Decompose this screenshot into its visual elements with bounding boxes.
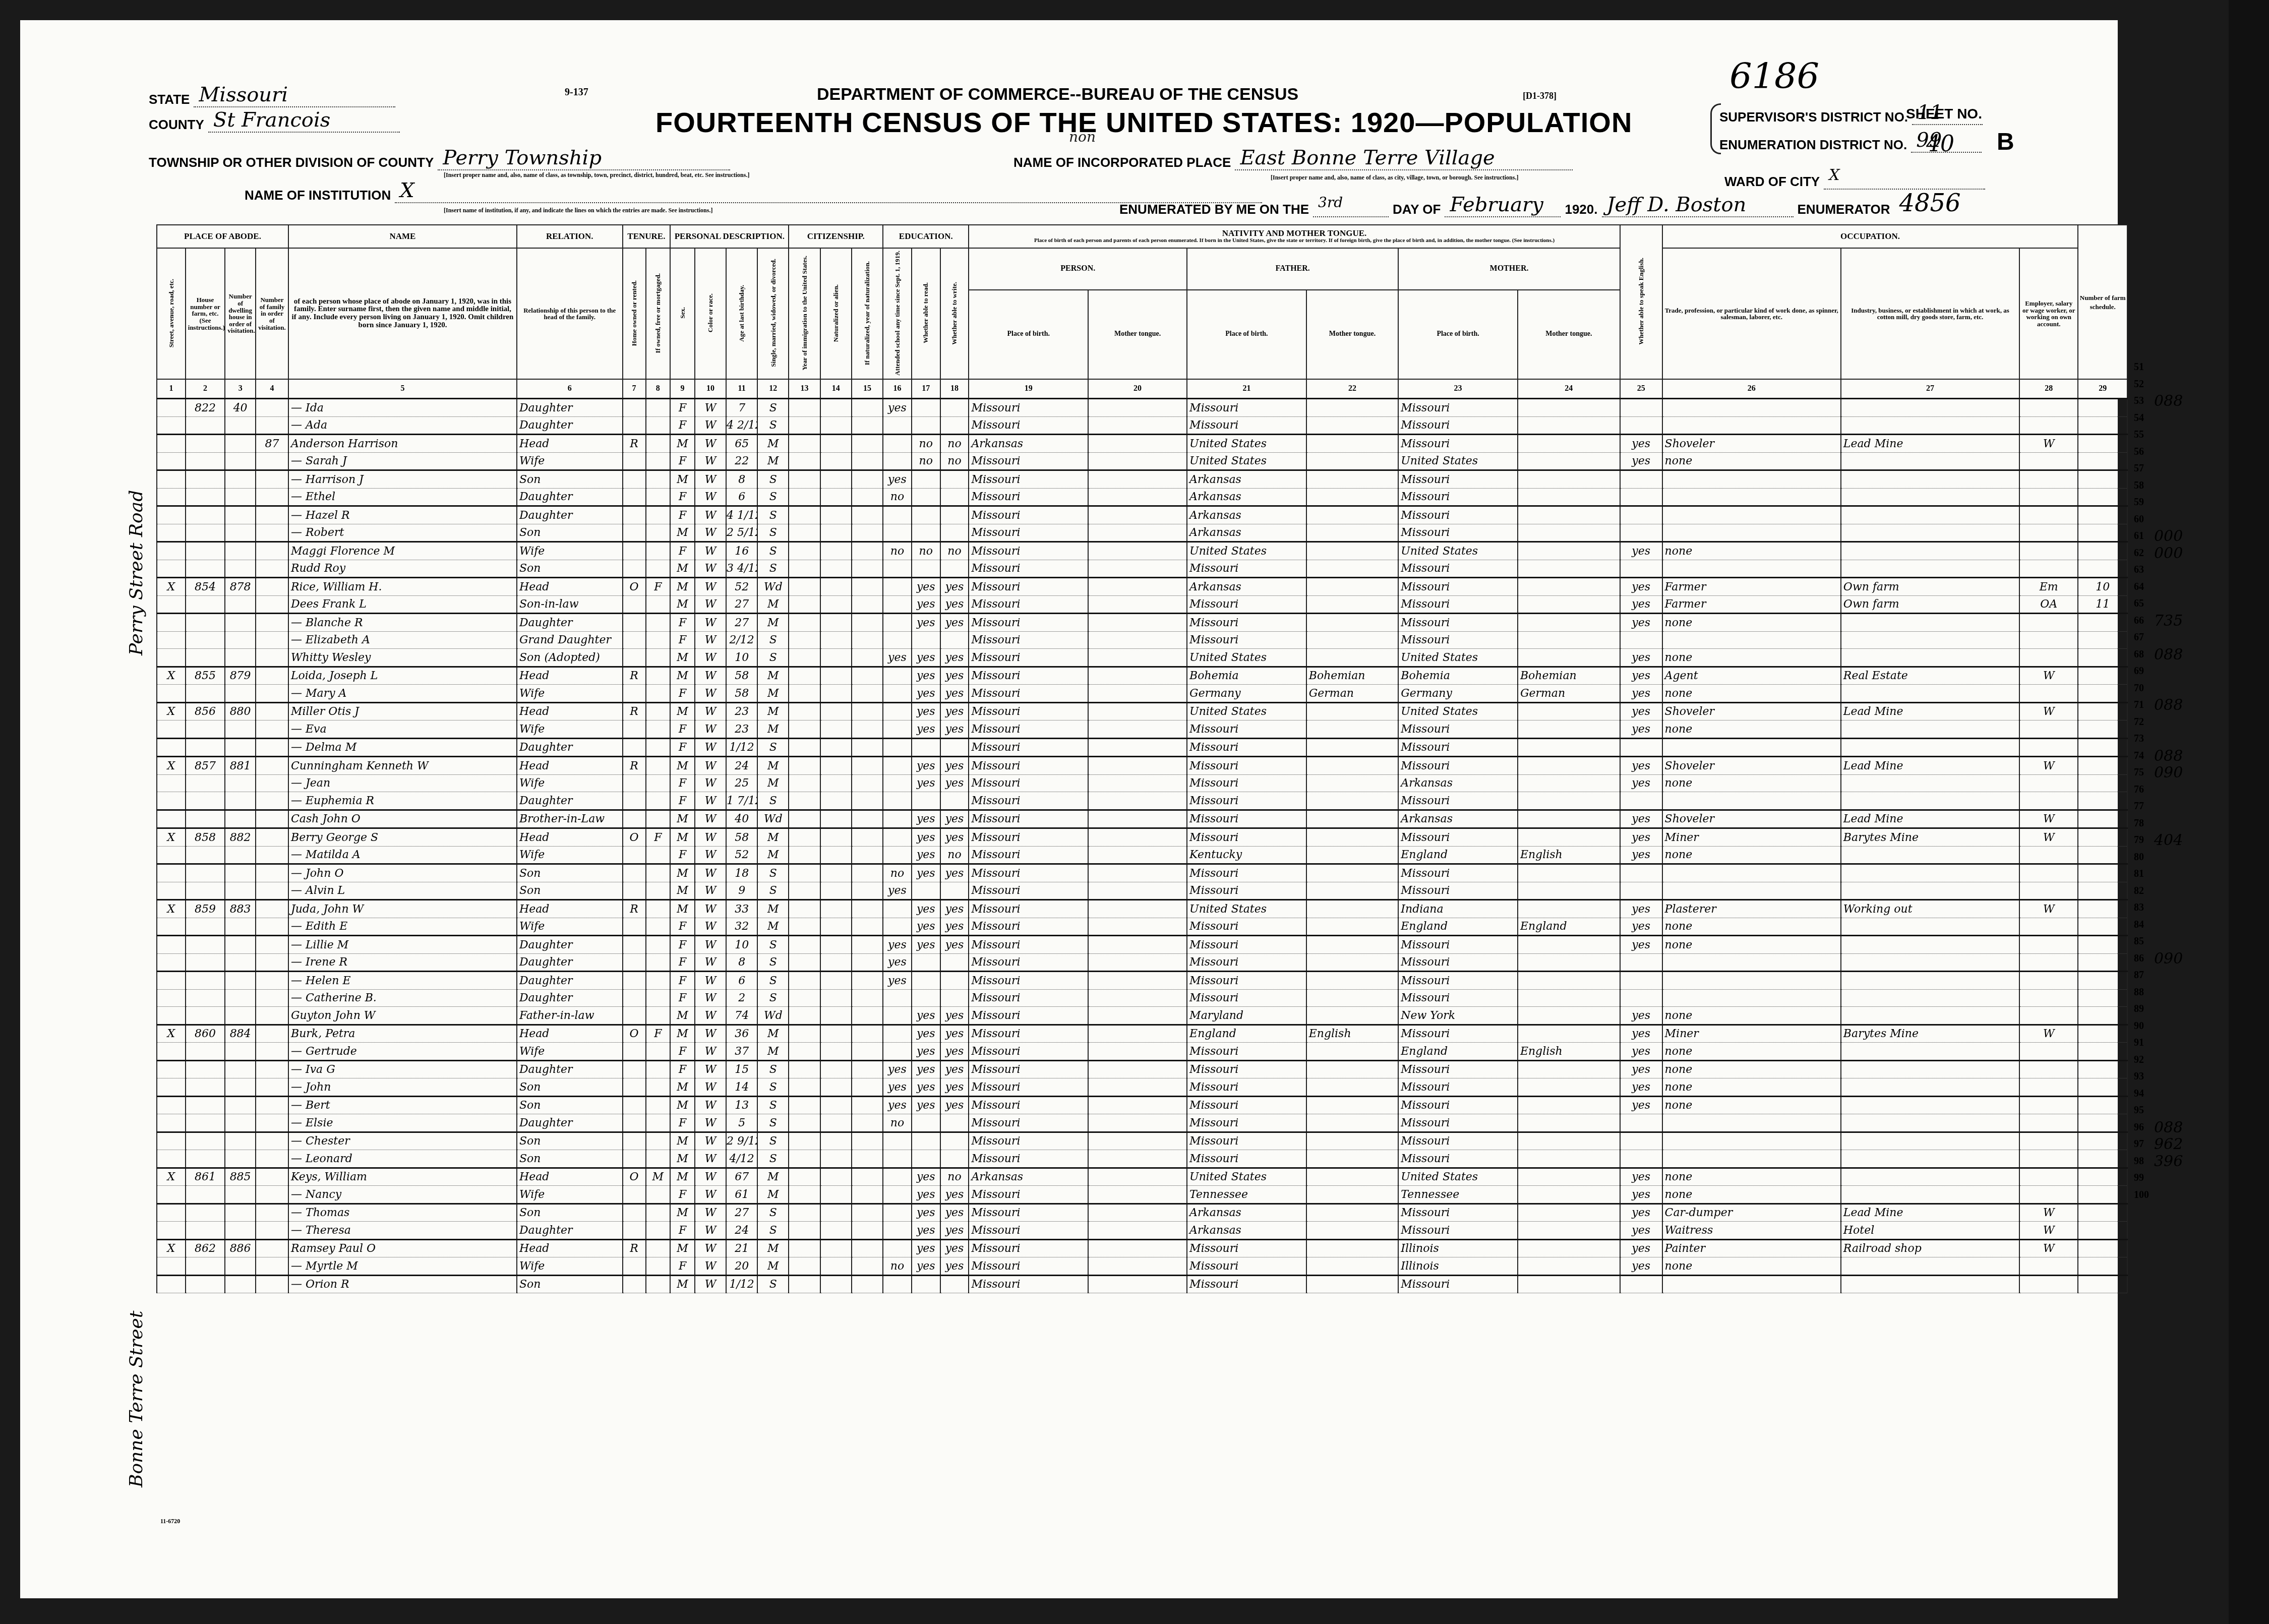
cell-home — [623, 595, 646, 614]
cell-fmt — [1306, 524, 1399, 542]
cell-imm — [789, 864, 820, 882]
col-num: 12 — [757, 379, 789, 399]
cell-pob: Missouri — [969, 560, 1088, 578]
cell-school — [883, 1239, 912, 1257]
cell-house — [186, 1257, 225, 1276]
cell-eng: yes — [1620, 1096, 1662, 1114]
occupation-code — [2154, 663, 2194, 680]
col-21-header: Place of birth. — [1187, 290, 1306, 379]
cell-name: Loida, Joseph L — [288, 667, 517, 685]
cell-mort — [646, 416, 671, 435]
cell-natyr — [852, 1025, 883, 1043]
cell-read: yes — [912, 578, 940, 596]
cell-pob: Missouri — [969, 702, 1088, 720]
cell-trade — [1662, 882, 1841, 900]
cell-fmt — [1306, 470, 1399, 489]
cell-nat — [820, 595, 852, 614]
cell-dwelling: 885 — [225, 1168, 256, 1186]
cell-mt — [1088, 416, 1187, 435]
cell-read: yes — [912, 864, 940, 882]
col-num: 9 — [670, 379, 695, 399]
cell-race: W — [695, 738, 726, 757]
cell-write: yes — [940, 595, 969, 614]
cell-school — [883, 578, 912, 596]
cell-home: O — [623, 578, 646, 596]
cell-fmt — [1306, 810, 1399, 828]
cell-house — [186, 1150, 225, 1168]
cell-mpob: United States — [1398, 452, 1518, 470]
street-note-lower: Bonne Terre Street — [126, 1260, 147, 1487]
cell-mort: F — [646, 1025, 671, 1043]
cell-farm — [2078, 1168, 2127, 1186]
cell-read: yes — [912, 1007, 940, 1025]
occupation-code — [2154, 460, 2194, 477]
cell-family — [256, 667, 288, 685]
occupation-code — [2154, 494, 2194, 511]
cell-mmt — [1518, 452, 1620, 470]
cell-name: Keys, William — [288, 1168, 517, 1186]
cell-eng — [1620, 1114, 1662, 1132]
cell-farm — [2078, 900, 2127, 918]
cell-race: W — [695, 614, 726, 632]
cell-write — [940, 631, 969, 649]
cell-eng: yes — [1620, 667, 1662, 685]
cell-school — [883, 757, 912, 775]
cell-read — [912, 1132, 940, 1150]
cell-mt — [1088, 1025, 1187, 1043]
cell-write — [940, 1132, 969, 1150]
occupation-code — [2154, 798, 2194, 815]
cell-street — [157, 1060, 186, 1078]
cell-sex: M — [670, 470, 695, 489]
cell-fpob: Missouri — [1187, 614, 1306, 632]
cell-dwelling: 884 — [225, 1025, 256, 1043]
cell-pob: Missouri — [969, 846, 1088, 864]
cell-class — [2019, 416, 2078, 435]
cell-marital: S — [757, 1204, 789, 1222]
cell-age: 1 7/12 — [726, 792, 757, 810]
cell-house — [186, 1222, 225, 1240]
cell-fpob: Missouri — [1187, 1257, 1306, 1276]
cell-imm — [789, 1096, 820, 1114]
cell-home: O — [623, 1168, 646, 1186]
cell-natyr — [852, 792, 883, 810]
cell-class — [2019, 972, 2078, 990]
cell-home: R — [623, 757, 646, 775]
cell-sex: M — [670, 595, 695, 614]
cell-mt — [1088, 470, 1187, 489]
cell-mt — [1088, 435, 1187, 453]
person-header: PERSON. — [969, 248, 1187, 290]
cell-sex: F — [670, 792, 695, 810]
table-row: — RobertSonMW2 5/12SMissouriArkansasMiss… — [157, 524, 2127, 542]
cell-relation: Son — [517, 1150, 623, 1168]
cell-fmt — [1306, 936, 1399, 954]
col-num: 3 — [225, 379, 256, 399]
col-num: 23 — [1398, 379, 1518, 399]
cell-eng: yes — [1620, 1204, 1662, 1222]
col-num: 1 — [157, 379, 186, 399]
cell-relation: Son-in-law — [517, 595, 623, 614]
cell-natyr — [852, 936, 883, 954]
cell-pob: Missouri — [969, 488, 1088, 506]
cell-family — [256, 757, 288, 775]
father-header: FATHER. — [1187, 248, 1398, 290]
cell-house — [186, 774, 225, 792]
cell-race: W — [695, 542, 726, 560]
cell-house — [186, 1132, 225, 1150]
cell-mpob: Missouri — [1398, 416, 1518, 435]
cell-read — [912, 792, 940, 810]
cell-industry — [1841, 792, 2019, 810]
cell-industry: Barytes Mine — [1841, 828, 2019, 847]
cell-mmt — [1518, 1204, 1620, 1222]
cell-fpob: Missouri — [1187, 792, 1306, 810]
cell-relation: Daughter — [517, 953, 623, 972]
cell-marital: M — [757, 1257, 789, 1276]
cell-marital: S — [757, 416, 789, 435]
cell-relation: Daughter — [517, 399, 623, 417]
cell-marital: S — [757, 864, 789, 882]
cell-trade: Waitress — [1662, 1222, 1841, 1240]
col-6-label: Relationship of this person to the head … — [523, 307, 616, 321]
cell-eng — [1620, 792, 1662, 810]
cell-pob: Arkansas — [969, 1168, 1088, 1186]
cell-age: 58 — [726, 828, 757, 847]
cell-imm — [789, 702, 820, 720]
cell-read: yes — [912, 757, 940, 775]
cell-age: 6 — [726, 488, 757, 506]
cell-mt — [1088, 578, 1187, 596]
table-row: — AdaDaughterFW4 2/12SMissouriMissouriMi… — [157, 416, 2127, 435]
cell-imm — [789, 524, 820, 542]
line-number: 85 — [2134, 933, 2154, 950]
corner-annotation: 6186 — [1729, 55, 1819, 97]
col-3-header: Number of dwelling house in order of vis… — [225, 248, 256, 379]
line-number: 56 — [2134, 444, 2154, 461]
cell-write — [940, 738, 969, 757]
cell-home — [623, 1114, 646, 1132]
cell-natyr — [852, 1078, 883, 1097]
cell-mpob: Missouri — [1398, 435, 1518, 453]
cell-imm — [789, 685, 820, 703]
cell-natyr — [852, 542, 883, 560]
cell-pob: Missouri — [969, 972, 1088, 990]
group-occupation: OCCUPATION. — [1662, 225, 2078, 248]
cell-mpob: United States — [1398, 542, 1518, 560]
cell-class — [2019, 685, 2078, 703]
cell-marital: M — [757, 720, 789, 739]
cell-imm — [789, 649, 820, 667]
cell-mpob: Germany — [1398, 685, 1518, 703]
col-num: 27 — [1841, 379, 2019, 399]
cell-home: R — [623, 702, 646, 720]
cell-school — [883, 435, 912, 453]
cell-mort — [646, 989, 671, 1007]
cell-mmt — [1518, 542, 1620, 560]
cell-fmt — [1306, 1132, 1399, 1150]
cell-mort — [646, 864, 671, 882]
cell-mt — [1088, 757, 1187, 775]
cell-street — [157, 1275, 186, 1293]
cell-nat — [820, 614, 852, 632]
cell-mmt — [1518, 488, 1620, 506]
occupation-code — [2154, 680, 2194, 697]
cell-read: yes — [912, 614, 940, 632]
cell-natyr — [852, 595, 883, 614]
cell-read: yes — [912, 1204, 940, 1222]
cell-house — [186, 864, 225, 882]
cell-name: Ramsey Paul O — [288, 1239, 517, 1257]
cell-mpob: Illinois — [1398, 1239, 1518, 1257]
cell-eng — [1620, 989, 1662, 1007]
table-row: — Helen EDaughterFW6SyesMissouriMissouri… — [157, 972, 2127, 990]
cell-imm — [789, 1114, 820, 1132]
cell-natyr — [852, 1204, 883, 1222]
cell-name: — Myrtle M — [288, 1257, 517, 1276]
cell-industry — [1841, 614, 2019, 632]
cell-name: — Theresa — [288, 1222, 517, 1240]
cell-industry — [1841, 972, 2019, 990]
cell-class — [2019, 560, 2078, 578]
cell-mt — [1088, 828, 1187, 847]
cell-age: 40 — [726, 810, 757, 828]
cell-imm — [789, 1239, 820, 1257]
cell-eng: yes — [1620, 936, 1662, 954]
col-num: 19 — [969, 379, 1088, 399]
state-label: STATE — [149, 92, 190, 107]
cell-street: X — [157, 1025, 186, 1043]
cell-marital: S — [757, 738, 789, 757]
cell-marital: S — [757, 470, 789, 489]
cell-age: 32 — [726, 918, 757, 936]
cell-read — [912, 506, 940, 524]
line-number: 83 — [2134, 899, 2154, 917]
cell-relation: Wife — [517, 846, 623, 864]
cell-nat — [820, 578, 852, 596]
cell-fmt — [1306, 416, 1399, 435]
cell-mpob: United States — [1398, 1168, 1518, 1186]
cell-eng: yes — [1620, 1043, 1662, 1061]
cell-dwelling — [225, 1060, 256, 1078]
cell-sex: M — [670, 578, 695, 596]
table-row: — BertSonMW13SyesyesyesMissouriMissouriM… — [157, 1096, 2127, 1114]
cell-read — [912, 738, 940, 757]
col-num: 2 — [186, 379, 225, 399]
cell-marital: S — [757, 1150, 789, 1168]
cell-trade — [1662, 989, 1841, 1007]
cell-farm — [2078, 1239, 2127, 1257]
cell-industry — [1841, 1007, 2019, 1025]
cell-class: W — [2019, 757, 2078, 775]
cell-race: W — [695, 864, 726, 882]
cell-class: W — [2019, 702, 2078, 720]
cell-nat — [820, 416, 852, 435]
cell-family — [256, 578, 288, 596]
cell-industry: Own farm — [1841, 595, 2019, 614]
cell-mt — [1088, 1060, 1187, 1078]
cell-mmt: German — [1518, 685, 1620, 703]
cell-marital: S — [757, 506, 789, 524]
cell-fpob: Missouri — [1187, 595, 1306, 614]
cell-dwelling — [225, 649, 256, 667]
group-education: EDUCATION. — [883, 225, 969, 248]
cell-street — [157, 631, 186, 649]
place-instruction: [Insert proper name and, also, name of c… — [1271, 174, 1518, 182]
cell-trade: none — [1662, 918, 1841, 936]
occupation-code — [2154, 731, 2194, 748]
cell-street — [157, 882, 186, 900]
cell-natyr — [852, 1168, 883, 1186]
cell-race: W — [695, 1007, 726, 1025]
cell-fpob: Missouri — [1187, 936, 1306, 954]
cell-relation: Head — [517, 1025, 623, 1043]
cell-fpob: Missouri — [1187, 1078, 1306, 1097]
cell-fpob: Tennessee — [1187, 1186, 1306, 1204]
col-26-header: Trade, profession, or particular kind of… — [1662, 248, 1841, 379]
cell-mort — [646, 1204, 671, 1222]
cell-mort — [646, 399, 671, 417]
cell-school: yes — [883, 972, 912, 990]
col-7-header: Home owned or rented. — [623, 248, 646, 379]
cell-trade: none — [1662, 936, 1841, 954]
cell-eng: yes — [1620, 774, 1662, 792]
cell-farm — [2078, 542, 2127, 560]
cell-trade — [1662, 416, 1841, 435]
cell-fpob: Arkansas — [1187, 470, 1306, 489]
cell-trade — [1662, 488, 1841, 506]
col-24-header: Mother tongue. — [1518, 290, 1620, 379]
cell-fmt — [1306, 1222, 1399, 1240]
cell-sex: M — [670, 828, 695, 847]
col-num: 18 — [940, 379, 969, 399]
cell-pob: Missouri — [969, 578, 1088, 596]
cell-school — [883, 416, 912, 435]
line-number: 59 — [2134, 494, 2154, 511]
cell-home — [623, 774, 646, 792]
cell-relation: Son — [517, 882, 623, 900]
cell-read: yes — [912, 667, 940, 685]
cell-mpob: Missouri — [1398, 738, 1518, 757]
cell-street: X — [157, 900, 186, 918]
cell-name: — Lillie M — [288, 936, 517, 954]
cell-farm — [2078, 846, 2127, 864]
cell-age: 18 — [726, 864, 757, 882]
cell-marital: M — [757, 757, 789, 775]
cell-pob: Missouri — [969, 1007, 1088, 1025]
cell-mmt — [1518, 953, 1620, 972]
cell-mpob: Missouri — [1398, 524, 1518, 542]
cell-mort — [646, 542, 671, 560]
cell-pob: Missouri — [969, 1132, 1088, 1150]
cell-age: 25 — [726, 774, 757, 792]
cell-sex: F — [670, 1186, 695, 1204]
line-number: 99 — [2134, 1170, 2154, 1187]
line-number: 75 — [2134, 764, 2154, 781]
cell-age: 65 — [726, 435, 757, 453]
cell-fpob: Missouri — [1187, 1275, 1306, 1293]
cell-fmt: Bohemian — [1306, 667, 1399, 685]
cell-imm — [789, 578, 820, 596]
line-number: 51 — [2134, 359, 2154, 376]
cell-relation: Head — [517, 1239, 623, 1257]
cell-relation: Wife — [517, 918, 623, 936]
cell-dwelling — [225, 936, 256, 954]
cell-nat — [820, 506, 852, 524]
cell-fmt — [1306, 595, 1399, 614]
cell-farm — [2078, 810, 2127, 828]
cell-race: W — [695, 685, 726, 703]
cell-house: 857 — [186, 757, 225, 775]
col-8-header: If owned, free or mortgaged. — [646, 248, 671, 379]
cell-eng — [1620, 972, 1662, 990]
cell-dwelling — [225, 882, 256, 900]
cell-mmt — [1518, 738, 1620, 757]
cell-pob: Missouri — [969, 1025, 1088, 1043]
column-number-row: 1 2 3 4 5 6 7 8 9 10 11 12 13 14 15 16 1… — [157, 379, 2127, 399]
cell-write: yes — [940, 1204, 969, 1222]
cell-natyr — [852, 1275, 883, 1293]
cell-mort — [646, 1275, 671, 1293]
cell-mort — [646, 900, 671, 918]
cell-mpob: Missouri — [1398, 1096, 1518, 1114]
cell-imm — [789, 631, 820, 649]
line-number: 79 — [2134, 832, 2154, 849]
cell-industry — [1841, 470, 2019, 489]
cell-fmt — [1306, 792, 1399, 810]
col-29-header: Number of farm schedule. — [2078, 225, 2127, 379]
cell-house — [186, 882, 225, 900]
cell-street — [157, 488, 186, 506]
cell-name: — Leonard — [288, 1150, 517, 1168]
col-20-header: Mother tongue. — [1088, 290, 1187, 379]
cell-write — [940, 470, 969, 489]
cell-mt — [1088, 1186, 1187, 1204]
table-row: X858882Berry George SHeadOFMW58MyesyesMi… — [157, 828, 2127, 847]
line-number: 82 — [2134, 883, 2154, 900]
cell-family — [256, 989, 288, 1007]
county-label: COUNTY — [149, 117, 204, 133]
ward-value: X — [1824, 166, 1985, 190]
cell-home: R — [623, 900, 646, 918]
cell-dwelling — [225, 452, 256, 470]
cell-pob: Missouri — [969, 1204, 1088, 1222]
cell-write: yes — [940, 1096, 969, 1114]
cell-farm — [2078, 864, 2127, 882]
line-number: 72 — [2134, 714, 2154, 731]
cell-read: yes — [912, 936, 940, 954]
cell-fmt — [1306, 1186, 1399, 1204]
cell-marital: S — [757, 1132, 789, 1150]
cell-family — [256, 506, 288, 524]
cell-class: W — [2019, 1025, 2078, 1043]
enumerated-month: February — [1445, 193, 1561, 217]
cell-trade — [1662, 864, 1841, 882]
cell-eng: yes — [1620, 1222, 1662, 1240]
cell-industry — [1841, 1114, 2019, 1132]
cell-fmt — [1306, 720, 1399, 739]
cell-fmt — [1306, 738, 1399, 757]
cell-sex: M — [670, 864, 695, 882]
cell-farm: 11 — [2078, 595, 2127, 614]
cell-farm — [2078, 972, 2127, 990]
cell-race: W — [695, 560, 726, 578]
cell-eng: yes — [1620, 1025, 1662, 1043]
cell-relation: Son — [517, 864, 623, 882]
cell-school: yes — [883, 882, 912, 900]
cell-mpob: Missouri — [1398, 1275, 1518, 1293]
cell-industry: Lead Mine — [1841, 757, 2019, 775]
